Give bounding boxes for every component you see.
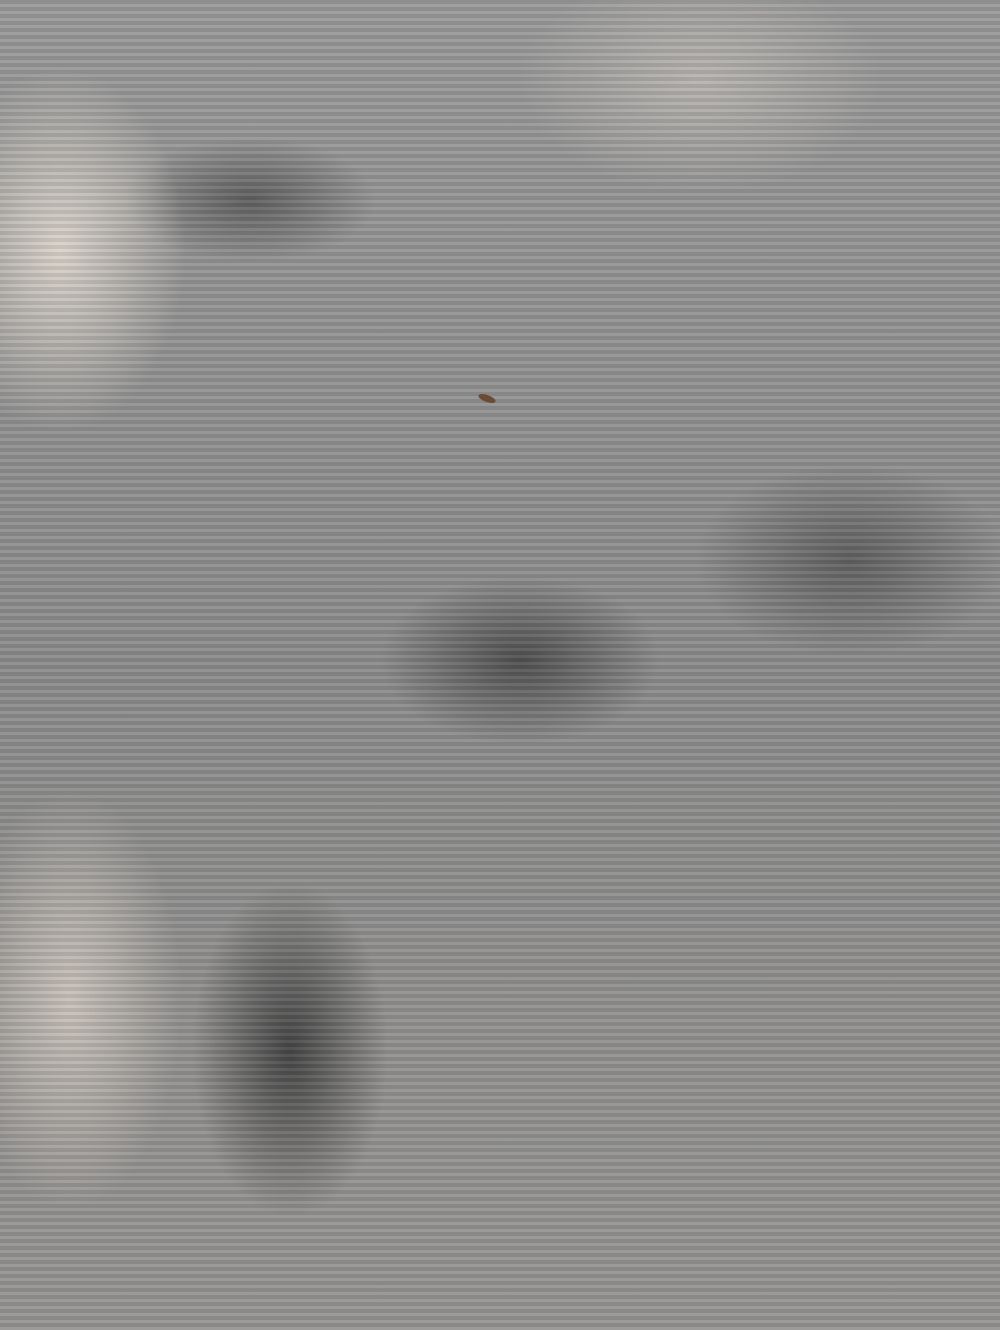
rug-texture-photo: Close-up of distressed textured rug pile	[0, 0, 1000, 1330]
lint-speck	[477, 392, 496, 405]
